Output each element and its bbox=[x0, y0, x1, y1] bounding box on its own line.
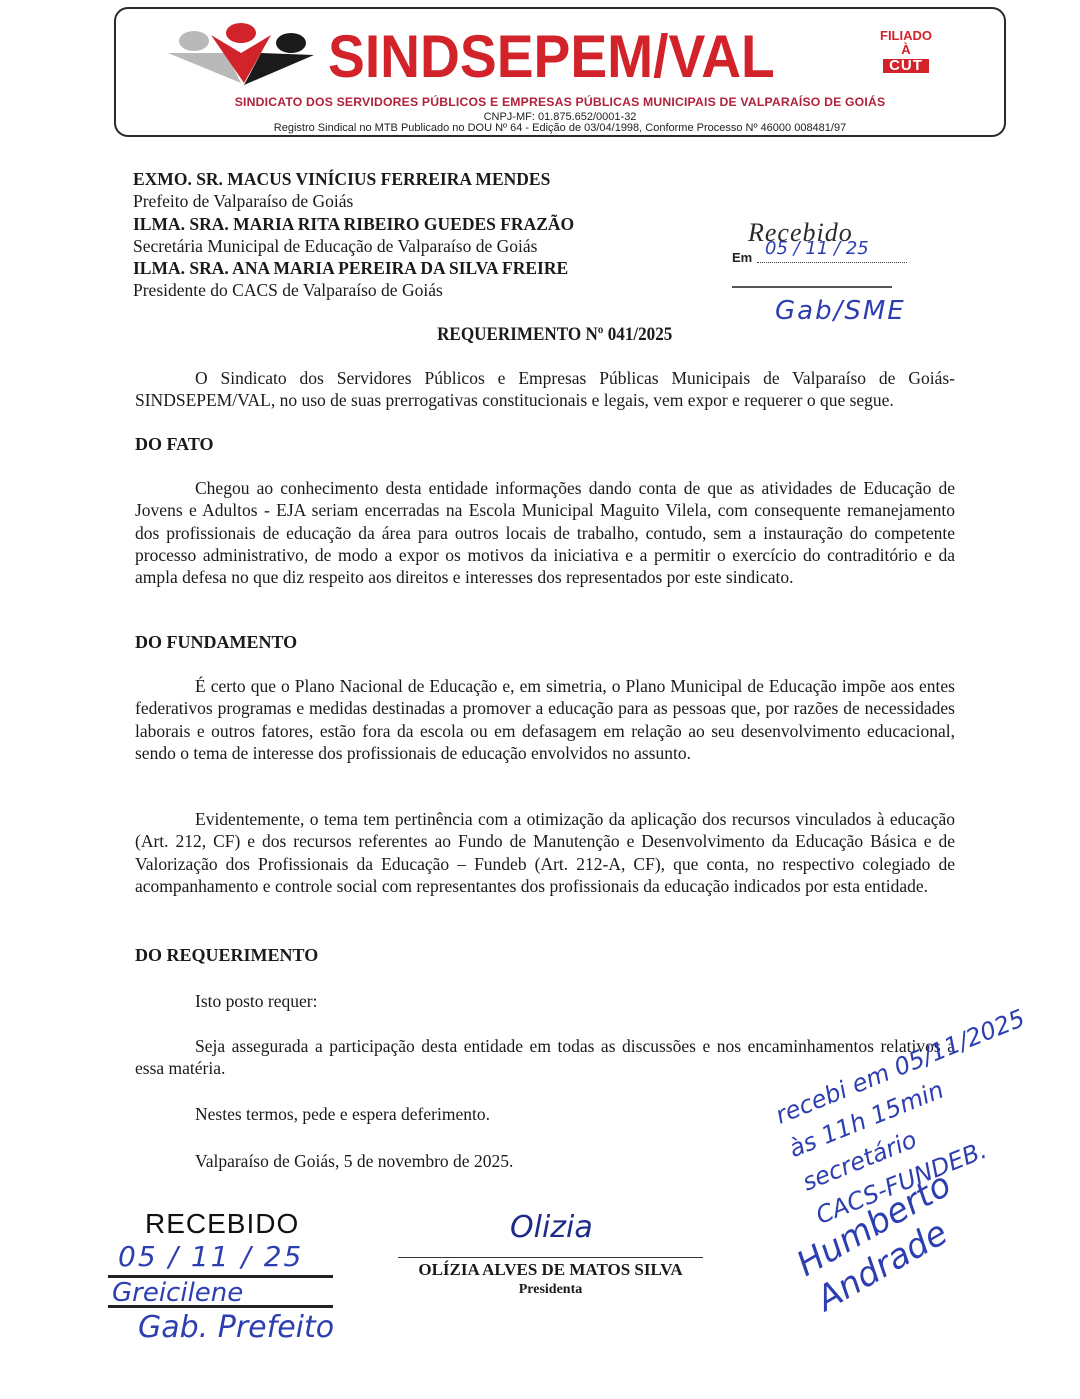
handwritten-date: 05 / 11 / 25 bbox=[765, 238, 869, 259]
section-heading-fato: DO FATO bbox=[135, 434, 214, 455]
addressee-name: ILMA. SRA. MARIA RITA RIBEIRO GUEDES FRA… bbox=[133, 213, 574, 235]
signature-line bbox=[398, 1257, 703, 1258]
addressee-role: Secretária Municipal de Educação de Valp… bbox=[133, 235, 574, 257]
intro-paragraph: O Sindicato dos Servidores Públicos e Em… bbox=[135, 367, 955, 412]
signer-signature: Olizia bbox=[510, 1210, 593, 1245]
handwritten-dept: Gab/SME bbox=[775, 296, 906, 326]
addressees: EXMO. SR. MACUS VINÍCIUS FERREIRA MENDES… bbox=[133, 168, 574, 302]
intro-text: O Sindicato dos Servidores Públicos e Em… bbox=[135, 368, 955, 410]
registro-sindical: Registro Sindical no MTB Publicado no DO… bbox=[116, 122, 1004, 134]
union-brand: SINDSEPEM/VAL bbox=[328, 25, 775, 89]
affiliation-a: À bbox=[856, 43, 956, 57]
requerimento-text-1: Isto posto requer: bbox=[195, 991, 317, 1011]
handwritten-signature-gabinete: Greicilene bbox=[112, 1278, 243, 1308]
requerimento-text-3: Nestes termos, pede e espera deferimento… bbox=[195, 1104, 490, 1124]
addressee-role: Presidente do CACS de Valparaíso de Goiá… bbox=[133, 279, 574, 301]
handwritten-date-gabinete: 05 / 11 / 25 bbox=[118, 1240, 303, 1273]
signer-name: OLÍZIA ALVES DE MATOS SILVA bbox=[398, 1260, 703, 1280]
signer-role: Presidenta bbox=[398, 1282, 703, 1298]
document-title: REQUERIMENTO Nº 041/2025 bbox=[0, 324, 1080, 346]
fundamento-text-2: Evidentemente, o tema tem pertinência co… bbox=[135, 809, 955, 896]
affiliation-label: FILIADO bbox=[856, 29, 956, 43]
addressee-name: EXMO. SR. MACUS VINÍCIUS FERREIRA MENDES bbox=[133, 168, 574, 190]
handwritten-dept-gabinete: Gab. Prefeito bbox=[138, 1310, 334, 1345]
fato-text: Chegou ao conhecimento desta entidade in… bbox=[135, 478, 955, 587]
section-heading-requerimento: DO REQUERIMENTO bbox=[135, 945, 318, 966]
received-stamp-em: Em bbox=[732, 250, 752, 265]
letterhead: SINDSEPEM/VAL FILIADO À CUT SINDICATO DO… bbox=[114, 7, 1006, 137]
requerimento-paragraph-2: Seja assegurada a participação desta ent… bbox=[135, 1035, 955, 1080]
cut-affiliation: FILIADO À CUT bbox=[856, 29, 956, 73]
cut-logo: CUT bbox=[883, 59, 929, 73]
requerimento-paragraph-1: Isto posto requer: bbox=[135, 990, 955, 1012]
stamp-line bbox=[108, 1305, 333, 1308]
addressee-name: ILMA. SRA. ANA MARIA PEREIRA DA SILVA FR… bbox=[133, 257, 574, 279]
date-place-text: Valparaíso de Goiás, 5 de novembro de 20… bbox=[195, 1151, 513, 1171]
fundamento-text-1: É certo que o Plano Nacional de Educação… bbox=[135, 676, 955, 763]
document-title-text: REQUERIMENTO Nº 041/2025 bbox=[437, 324, 672, 346]
addressee-role: Prefeito de Valparaíso de Goiás bbox=[133, 190, 574, 212]
stamp-date-line bbox=[757, 262, 907, 263]
union-full-name: SINDICATO DOS SERVIDORES PÚBLICOS E EMPR… bbox=[116, 95, 1004, 109]
received-stamp-gabinete: RECEBIDO bbox=[145, 1208, 299, 1240]
three-people-logo-icon bbox=[166, 23, 316, 85]
fundamento-paragraph-2: Evidentemente, o tema tem pertinência co… bbox=[135, 808, 955, 897]
fundamento-paragraph-1: É certo que o Plano Nacional de Educação… bbox=[135, 675, 955, 764]
fato-paragraph: Chegou ao conhecimento desta entidade in… bbox=[135, 477, 955, 588]
stamp-signature-line bbox=[732, 286, 892, 288]
requerimento-text-2: Seja assegurada a participação desta ent… bbox=[135, 1036, 955, 1078]
section-heading-fundamento: DO FUNDAMENTO bbox=[135, 632, 297, 653]
